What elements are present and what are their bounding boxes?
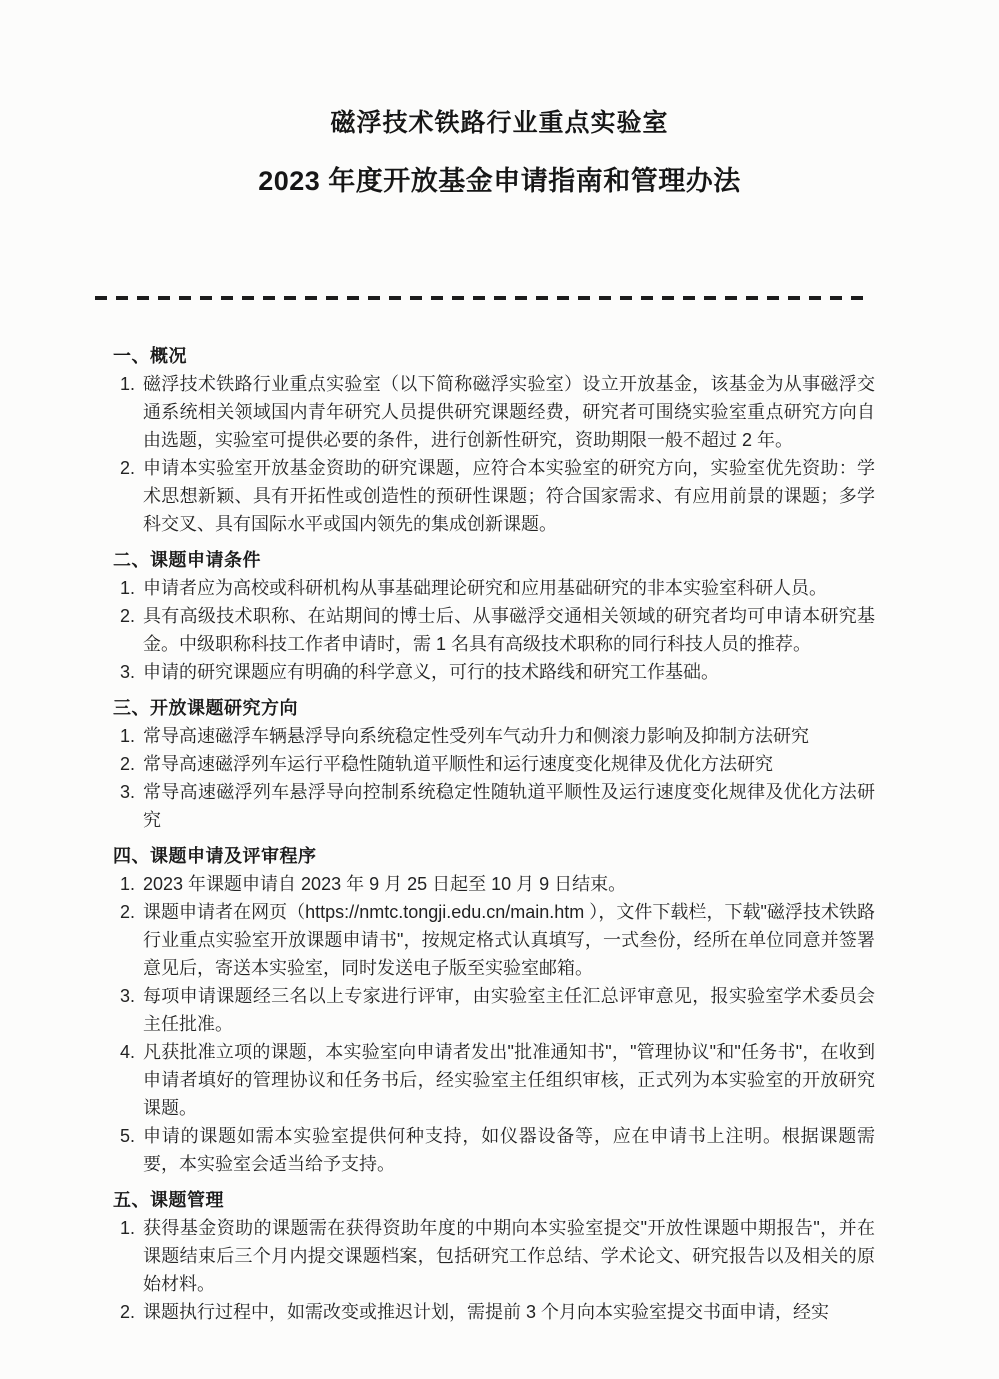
- item-number: 2.: [120, 1298, 135, 1326]
- item-text: 2023 年课题申请自 2023 年 9 月 25 日起至 10 月 9 日结束…: [143, 874, 626, 894]
- list-item: 1. 获得基金资助的课题需在获得资助年度的中期向本实验室提交"开放性课题中期报告…: [120, 1214, 875, 1298]
- section-heading: 五、课题管理: [113, 1186, 875, 1214]
- item-number: 2.: [120, 898, 135, 926]
- list-item: 1. 申请者应为高校或科研机构从事基础理论研究和应用基础研究的非本实验室科研人员…: [120, 574, 875, 602]
- list-item: 2. 课题执行过程中，如需改变或推迟计划，需提前 3 个月向本实验室提交书面申请…: [120, 1298, 875, 1326]
- section-project-management: 五、课题管理 1. 获得基金资助的课题需在获得资助年度的中期向本实验室提交"开放…: [113, 1186, 875, 1326]
- item-number: 3.: [120, 658, 135, 686]
- section-heading: 四、课题申请及评审程序: [113, 842, 875, 870]
- item-text: 申请本实验室开放基金资助的研究课题，应符合本实验室的研究方向，实验室优先资助：学…: [143, 458, 875, 534]
- item-text: 申请的研究课题应有明确的科学意义，可行的技术路线和研究工作基础。: [143, 662, 719, 682]
- list-item: 2. 课题申请者在网页（https://nmtc.tongji.edu.cn/m…: [120, 898, 875, 982]
- list-item: 2. 常导高速磁浮列车运行平稳性随轨道平顺性和运行速度变化规律及优化方法研究: [120, 750, 875, 778]
- item-number: 1.: [120, 870, 135, 898]
- item-text: 课题执行过程中，如需改变或推迟计划，需提前 3 个月向本实验室提交书面申请，经实: [143, 1302, 829, 1322]
- item-text: 申请者应为高校或科研机构从事基础理论研究和应用基础研究的非本实验室科研人员。: [143, 578, 827, 598]
- document-subtitle: 2023 年度开放基金申请指南和管理办法: [40, 163, 959, 199]
- section-research-directions: 三、开放课题研究方向 1. 常导高速磁浮车辆悬浮导向系统稳定性受列车气动升力和侧…: [113, 694, 875, 834]
- item-text: 凡获批准立项的课题，本实验室向申请者发出"批准通知书"，"管理协议"和"任务书"…: [143, 1042, 875, 1118]
- item-text: 每项申请课题经三名以上专家进行评审，由实验室主任汇总评审意见，报实验室学术委员会…: [143, 986, 875, 1034]
- list-item: 1. 2023 年课题申请自 2023 年 9 月 25 日起至 10 月 9 …: [120, 870, 875, 898]
- section-heading: 一、概况: [113, 342, 875, 370]
- item-text: 常导高速磁浮车辆悬浮导向系统稳定性受列车气动升力和侧滚力影响及抑制方法研究: [143, 726, 809, 746]
- list-item: 1. 磁浮技术铁路行业重点实验室（以下简称磁浮实验室）设立开放基金，该基金为从事…: [120, 370, 875, 454]
- item-text: 常导高速磁浮列车悬浮导向控制系统稳定性随轨道平顺性及运行速度变化规律及优化方法研…: [143, 782, 875, 830]
- section-heading: 二、课题申请条件: [113, 546, 875, 574]
- item-number: 2.: [120, 750, 135, 778]
- item-text: 具有高级技术职称、在站期间的博士后、从事磁浮交通相关领域的研究者均可申请本研究基…: [143, 606, 875, 654]
- item-number: 4.: [120, 1038, 135, 1066]
- list-item: 2. 具有高级技术职称、在站期间的博士后、从事磁浮交通相关领域的研究者均可申请本…: [120, 602, 875, 658]
- section-application-conditions: 二、课题申请条件 1. 申请者应为高校或科研机构从事基础理论研究和应用基础研究的…: [113, 546, 875, 686]
- list-item: 3. 申请的研究课题应有明确的科学意义，可行的技术路线和研究工作基础。: [120, 658, 875, 686]
- item-text: 课题申请者在网页（https://nmtc.tongji.edu.cn/main…: [143, 902, 875, 978]
- item-text: 申请的课题如需本实验室提供何种支持，如仪器设备等，应在申请书上注明。根据课题需要…: [143, 1126, 875, 1174]
- item-number: 2.: [120, 602, 135, 630]
- list-item: 5. 申请的课题如需本实验室提供何种支持，如仪器设备等，应在申请书上注明。根据课…: [120, 1122, 875, 1178]
- item-text: 常导高速磁浮列车运行平稳性随轨道平顺性和运行速度变化规律及优化方法研究: [143, 754, 773, 774]
- section-application-review-procedure: 四、课题申请及评审程序 1. 2023 年课题申请自 2023 年 9 月 25…: [113, 842, 875, 1178]
- section-heading: 三、开放课题研究方向: [113, 694, 875, 722]
- list-item: 2. 申请本实验室开放基金资助的研究课题，应符合本实验室的研究方向，实验室优先资…: [120, 454, 875, 538]
- document-body: 一、概况 1. 磁浮技术铁路行业重点实验室（以下简称磁浮实验室）设立开放基金，该…: [113, 342, 875, 1326]
- dashed-separator: [95, 296, 872, 300]
- item-text: 磁浮技术铁路行业重点实验室（以下简称磁浮实验室）设立开放基金，该基金为从事磁浮交…: [143, 374, 875, 450]
- list-item: 3. 每项申请课题经三名以上专家进行评审，由实验室主任汇总评审意见，报实验室学术…: [120, 982, 875, 1038]
- document-title: 磁浮技术铁路行业重点实验室: [40, 106, 959, 140]
- list-item: 3. 常导高速磁浮列车悬浮导向控制系统稳定性随轨道平顺性及运行速度变化规律及优化…: [120, 778, 875, 834]
- item-number: 1.: [120, 574, 135, 602]
- item-number: 3.: [120, 982, 135, 1010]
- item-number: 2.: [120, 454, 135, 482]
- list-item: 1. 常导高速磁浮车辆悬浮导向系统稳定性受列车气动升力和侧滚力影响及抑制方法研究: [120, 722, 875, 750]
- item-number: 1.: [120, 722, 135, 750]
- item-number: 1.: [120, 370, 135, 398]
- list-item: 4. 凡获批准立项的课题，本实验室向申请者发出"批准通知书"，"管理协议"和"任…: [120, 1038, 875, 1122]
- item-text: 获得基金资助的课题需在获得资助年度的中期向本实验室提交"开放性课题中期报告"，并…: [143, 1218, 875, 1294]
- document-page: 磁浮技术铁路行业重点实验室 2023 年度开放基金申请指南和管理办法 一、概况 …: [0, 0, 999, 1379]
- section-overview: 一、概况 1. 磁浮技术铁路行业重点实验室（以下简称磁浮实验室）设立开放基金，该…: [113, 342, 875, 538]
- item-number: 1.: [120, 1214, 135, 1242]
- item-number: 5.: [120, 1122, 135, 1150]
- item-number: 3.: [120, 778, 135, 806]
